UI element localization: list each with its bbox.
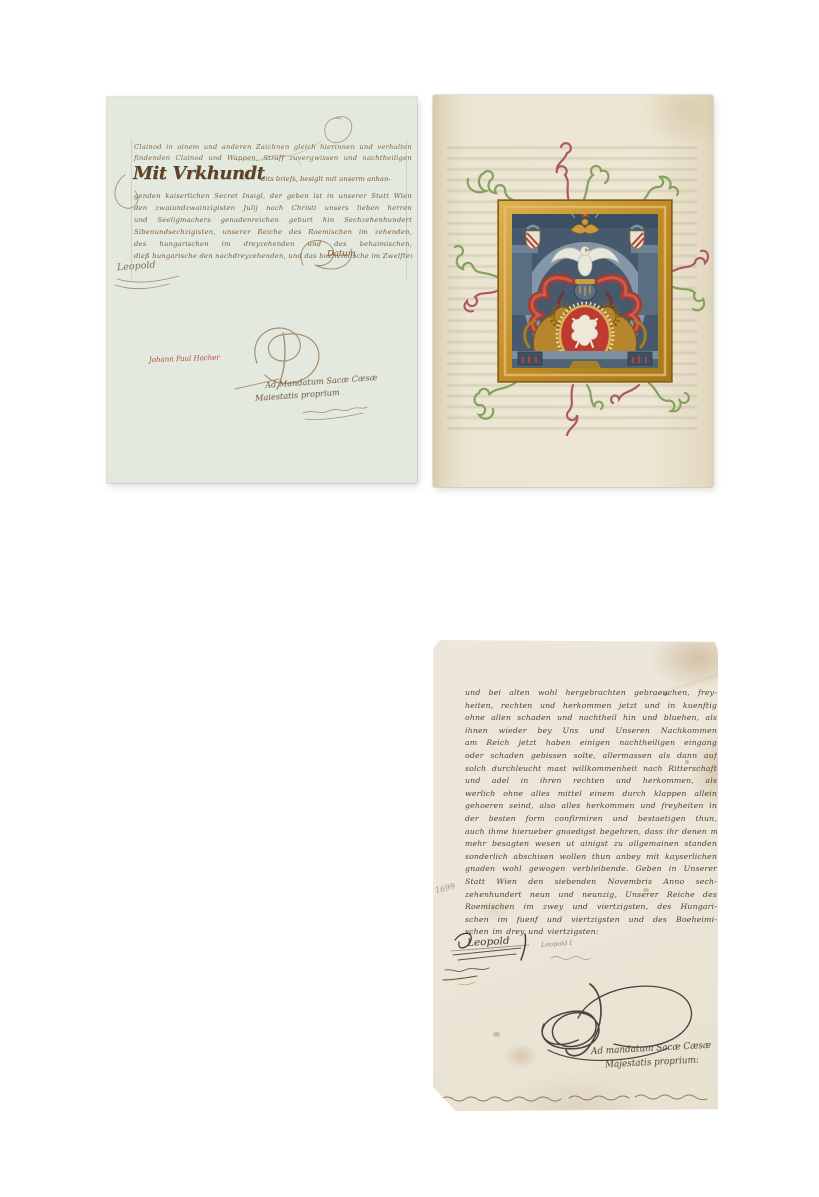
monogram-flourish bbox=[542, 984, 691, 1060]
document-privilege-1699: und bei alten wohl hergebrachten gebraeu… bbox=[433, 640, 718, 1113]
gold-plinth bbox=[569, 361, 601, 368]
heraldic-painting bbox=[512, 211, 658, 368]
document-imperial-patent: Clainod in ainem und anderen Zaichnen gl… bbox=[107, 97, 417, 483]
document-grant-of-arms bbox=[433, 95, 713, 487]
pen-flourishes bbox=[107, 97, 417, 483]
relief-panel-left bbox=[518, 352, 542, 365]
countersignature-flourish bbox=[303, 407, 367, 413]
docket-line bbox=[441, 1095, 707, 1101]
photograph-of-three-manuscripts: { "page": { "background": "#ffffff" }, "… bbox=[0, 0, 819, 1197]
coat-of-arms-miniature bbox=[433, 95, 713, 487]
pen-flourishes bbox=[433, 640, 718, 1113]
helmet bbox=[574, 279, 596, 301]
relief-panel-right bbox=[628, 352, 652, 365]
countersignature-flourish bbox=[443, 968, 489, 980]
